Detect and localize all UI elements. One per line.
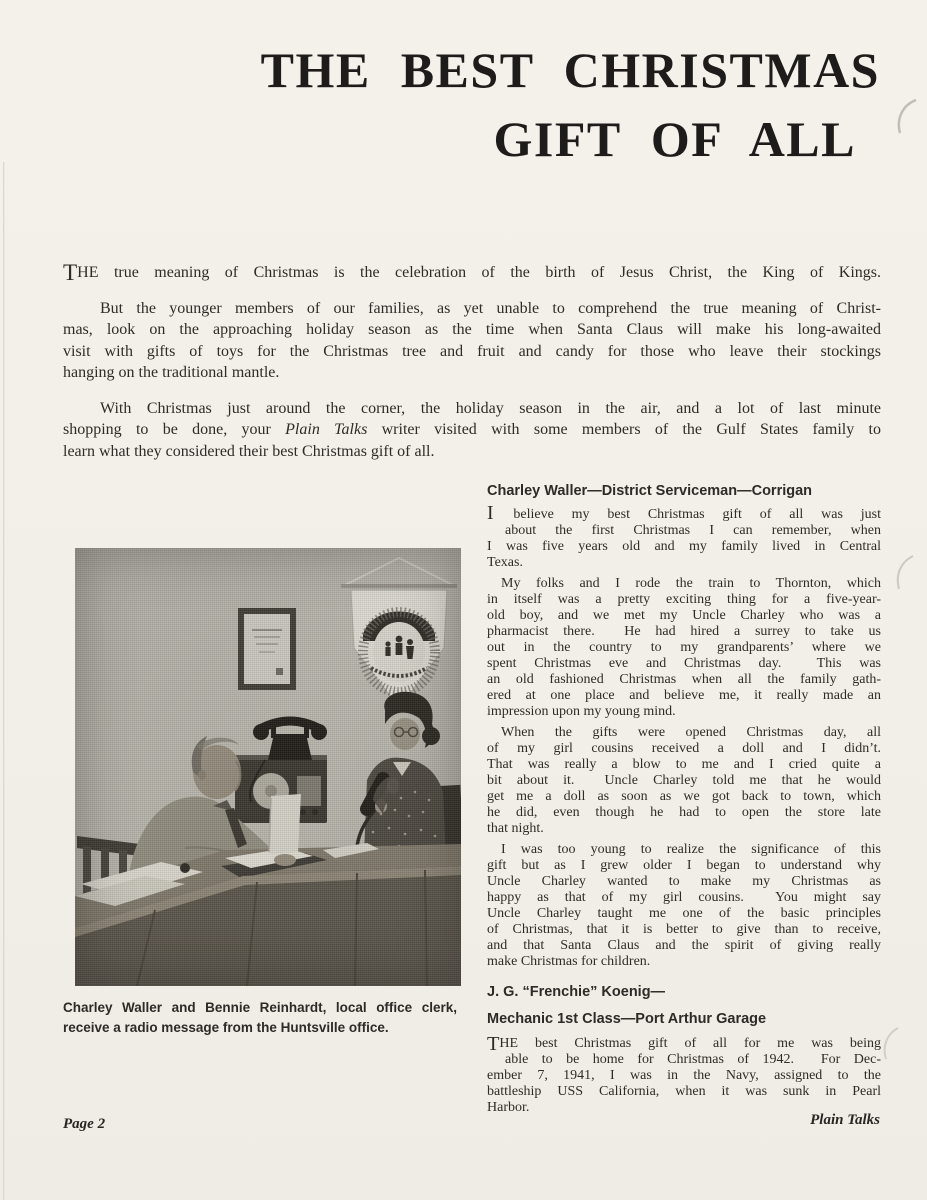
intro-paragraph-3: With Christmas just around the corner, t…	[63, 398, 881, 463]
text-line: I was too young to realize the significa…	[487, 842, 881, 858]
interviews-column: Charley Waller—District Serviceman—Corri…	[487, 482, 881, 1121]
text-line: shopping to be done, your Plain Talks wr…	[63, 419, 881, 441]
text-line: of my girl cousins received a doll and I…	[487, 741, 881, 757]
intro-paragraph-1: THE true meaning of Christmas is the cel…	[63, 262, 881, 284]
text-line: That was really a blow to me and I cried…	[487, 757, 881, 773]
text-line: ember 7, 1941, I was in the Navy, assign…	[487, 1068, 881, 1084]
text-line: mas, look on the approaching holiday sea…	[63, 319, 881, 341]
text-line: My folks and I rode the train to Thornto…	[487, 576, 881, 592]
page-title: THE BEST CHRISTMAS GIFT OF ALL	[60, 36, 880, 174]
text-line: Texas.	[487, 555, 881, 571]
newsletter-page: THE BEST CHRISTMAS GIFT OF ALL THE true …	[0, 0, 927, 1200]
waller-paragraph-4: I was too young to realize the significa…	[487, 842, 881, 970]
certificate-frame	[238, 608, 296, 690]
waller-paragraph-1: I believe my best Christmas gift of all …	[487, 507, 881, 571]
text-line: happy as that of my girl cousins. You mi…	[487, 890, 881, 906]
text-line: spent Christmas eve and Christmas day. T…	[487, 656, 881, 672]
koenig-paragraph-1: THE best Christmas gift of all for me wa…	[487, 1036, 881, 1116]
text-line: THE best Christmas gift of all for me wa…	[487, 1036, 881, 1052]
page-number: Page 2	[63, 1116, 105, 1133]
office-photo-illustration	[75, 548, 461, 986]
intro-paragraph-2: But the younger members of our families,…	[63, 298, 881, 384]
text-line: With Christmas just around the corner, t…	[63, 398, 881, 420]
koenig-heading-line-1: J. G. “Frenchie” Koenig—	[487, 983, 881, 1001]
text-line: hanging on the traditional mantle.	[63, 362, 881, 384]
text-line: pharmacist there. He had hired a surrey …	[487, 624, 881, 640]
title-line-1: THE BEST CHRISTMAS	[60, 36, 880, 105]
waller-heading: Charley Waller—District Serviceman—Corri…	[487, 482, 881, 500]
text-line: visit with gifts of toys for the Christm…	[63, 341, 881, 363]
text-line: about the first Christmas I can remember…	[487, 523, 881, 539]
text-line: he did, even though he had to open the s…	[487, 805, 881, 821]
magazine-name: Plain Talks	[810, 1112, 880, 1129]
text-line: But the younger members of our families,…	[63, 298, 881, 320]
text-line: old boy, and we met my Uncle Charley who…	[487, 608, 881, 624]
text-line: that night.	[487, 821, 881, 837]
text-line: battleship USS California, when it was s…	[487, 1084, 881, 1100]
waller-paragraph-2: My folks and I rode the train to Thornto…	[487, 576, 881, 720]
text-line: receive a radio message from the Huntsvi…	[63, 1018, 457, 1038]
intro-section: THE true meaning of Christmas is the cel…	[63, 262, 881, 462]
text-line: out in the country to my grandparents’ w…	[487, 640, 881, 656]
text-line: THE true meaning of Christmas is the cel…	[63, 262, 881, 284]
text-line: Uncle Charley taught me one of the basic…	[487, 906, 881, 922]
text-line: impression upon my young mind.	[487, 704, 881, 720]
text-line: gift but as I grew older I began to unde…	[487, 858, 881, 874]
text-line: of Christmas, that it is better to give …	[487, 922, 881, 938]
text-line: Charley Waller and Bennie Reinhardt, loc…	[63, 998, 457, 1018]
waller-paragraph-3: When the gifts were opened Christmas day…	[487, 725, 881, 837]
title-line-2: GIFT OF ALL	[60, 105, 856, 174]
text-line: I was five years old and my family lived…	[487, 539, 881, 555]
text-line: in itself was a pretty exciting thing fo…	[487, 592, 881, 608]
text-line: ered at one place and believe me, it rea…	[487, 688, 881, 704]
text-line: get me a doll as soon as we got back to …	[487, 789, 881, 805]
text-line: make Christmas for children.	[487, 954, 881, 970]
photo-caption: Charley Waller and Bennie Reinhardt, loc…	[63, 998, 457, 1038]
text-line: and that Santa Claus and the spirit of g…	[487, 938, 881, 954]
text-line: I believe my best Christmas gift of all …	[487, 507, 881, 523]
koenig-heading-line-2: Mechanic 1st Class—Port Arthur Garage	[487, 1010, 881, 1028]
text-line: able to be home for Christmas of 1942. F…	[487, 1052, 881, 1068]
text-line: Uncle Charley wanted to make my Christma…	[487, 874, 881, 890]
text-line: learn what they considered their best Ch…	[63, 441, 881, 463]
text-line: an old fashioned Christmas when all the …	[487, 672, 881, 688]
office-photo	[75, 548, 461, 986]
text-line: When the gifts were opened Christmas day…	[487, 725, 881, 741]
text-line: bit about it. Uncle Charley told me that…	[487, 773, 881, 789]
